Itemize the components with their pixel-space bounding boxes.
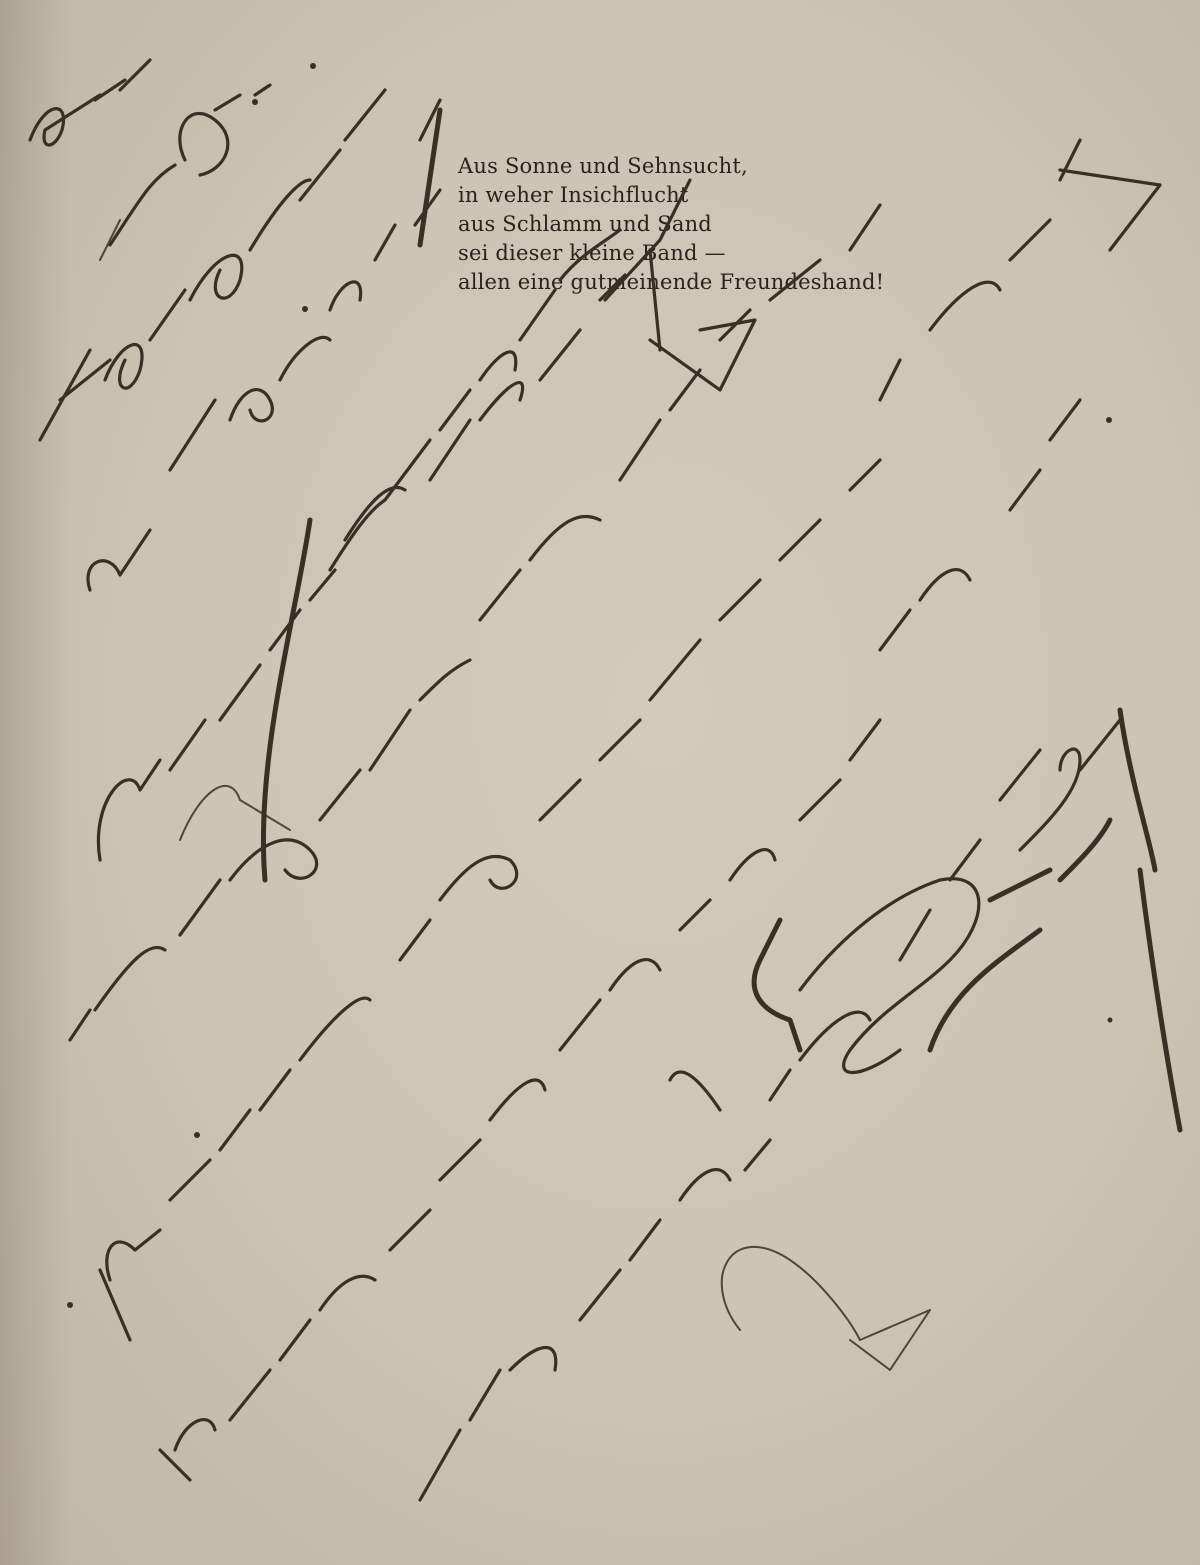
handwriting-line-4 bbox=[263, 180, 755, 880]
handwriting-line-7 bbox=[100, 140, 1160, 1340]
handwritten-dedication bbox=[0, 0, 1200, 1565]
handwriting-line-8 bbox=[160, 400, 1080, 1480]
book-page: Aus Sonne und Sehnsucht, in weher Insich… bbox=[0, 0, 1200, 1565]
handwriting-line-5 bbox=[98, 275, 625, 860]
signature bbox=[670, 710, 1180, 1370]
handwriting-line-2 bbox=[40, 90, 385, 440]
handwriting-line-1 bbox=[30, 60, 270, 260]
handwriting-line-3 bbox=[88, 100, 440, 590]
handwriting-line-6 bbox=[70, 205, 880, 1040]
